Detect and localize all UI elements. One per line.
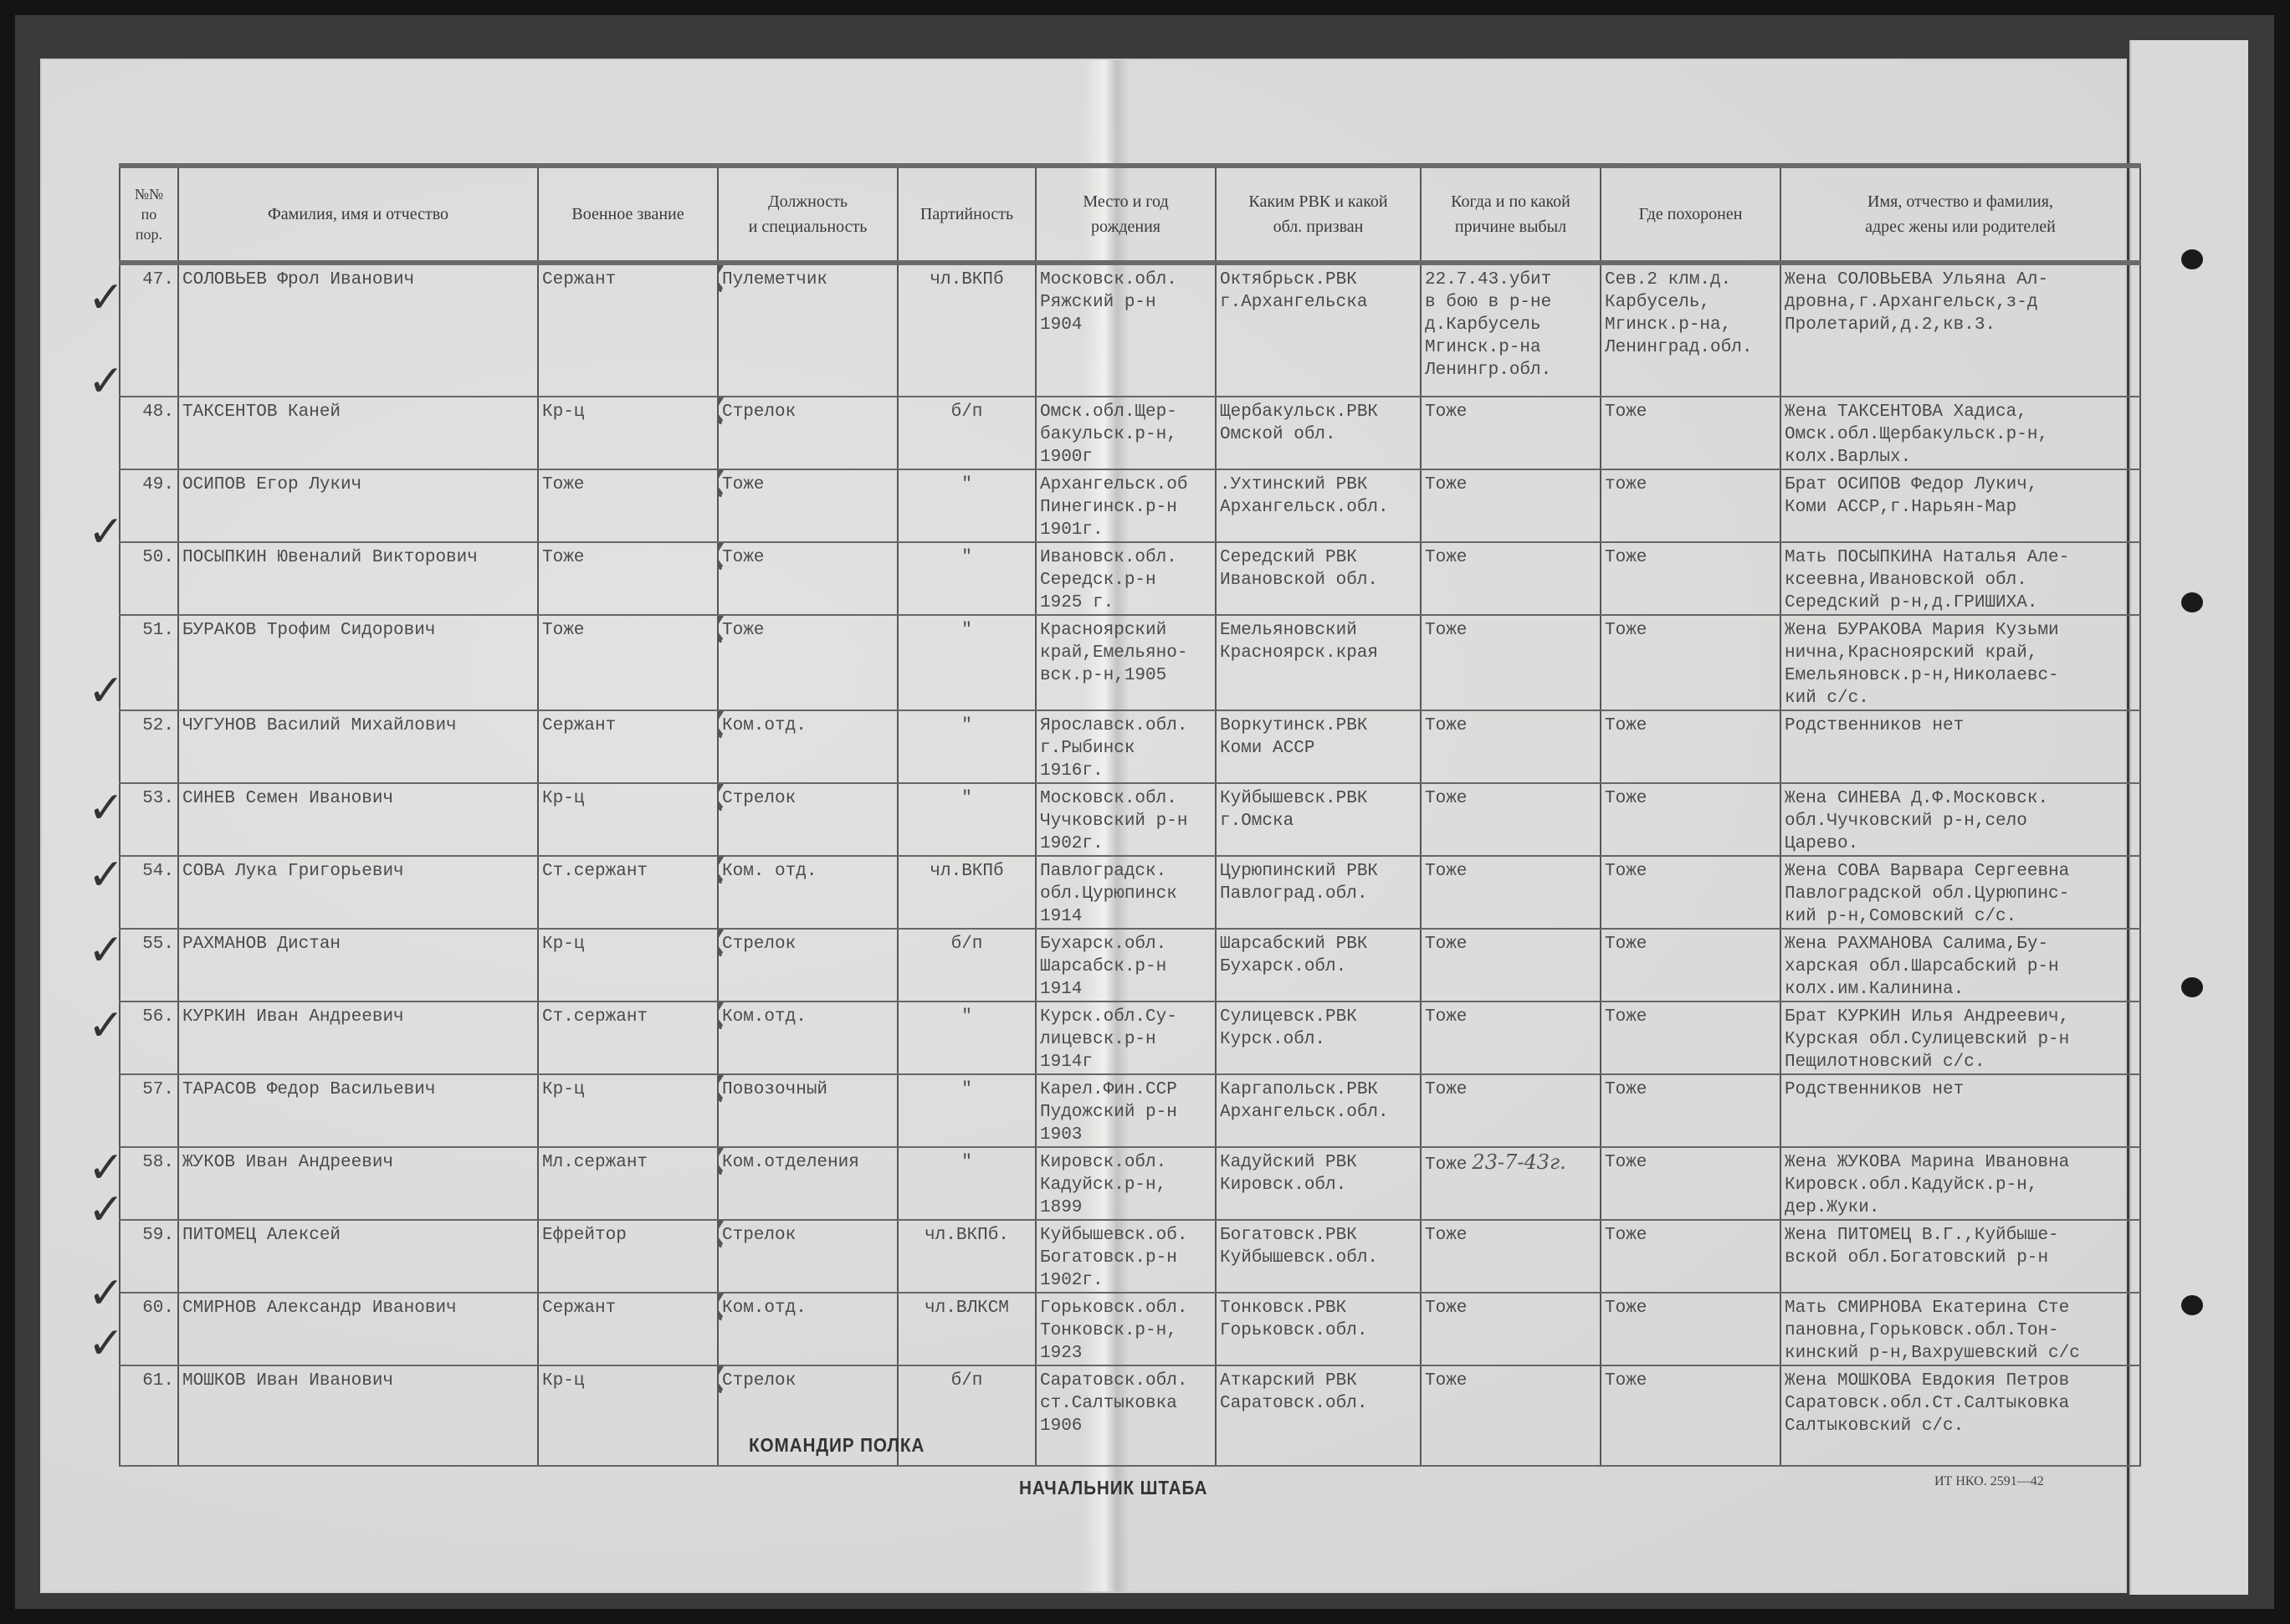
cell-position: Стрелок✗ bbox=[718, 929, 898, 1002]
cell-buried: Тоже bbox=[1601, 856, 1780, 929]
cell-when: Тоже bbox=[1421, 783, 1601, 856]
pencil-check-mark-icon: ✗ bbox=[718, 397, 736, 442]
cell-relatives: Мать ПОСЫПКИНА Наталья Але- ксеевна,Иван… bbox=[1780, 542, 2140, 615]
cell-relatives: Жена ТАКСЕНТОВА Хадиса, Омск.обл.Щербаку… bbox=[1780, 397, 2140, 469]
cell-rvk: Середский РВК Ивановской обл. bbox=[1216, 542, 1421, 615]
pencil-check-mark-icon: ✗ bbox=[718, 615, 736, 660]
table-row: 54.СОВА Лука ГригорьевичСт.сержантКом. о… bbox=[120, 856, 2140, 929]
cell-party: чл.ВЛКСМ bbox=[898, 1293, 1036, 1365]
cell-buried: Тоже bbox=[1601, 929, 1780, 1002]
punch-hole bbox=[2181, 1295, 2203, 1315]
cell-rank: Кр-ц bbox=[538, 397, 718, 469]
table-row: 56.КУРКИН Иван АндреевичСт.сержантКом.от… bbox=[120, 1002, 2140, 1074]
cell-birth: Куйбышевск.об. Богатовск.р-н 1902г. bbox=[1036, 1220, 1216, 1293]
cell-party: " bbox=[898, 1002, 1036, 1074]
cell-birth: Горьковск.обл. Тонковск.р-н, 1923 bbox=[1036, 1293, 1216, 1365]
cell-name: КУРКИН Иван Андреевич bbox=[178, 1002, 538, 1074]
cell-rvk: Богатовск.РВК Куйбышевск.обл. bbox=[1216, 1220, 1421, 1293]
pencil-check-mark-icon: ✗ bbox=[718, 469, 736, 515]
header-relatives: Имя, отчество и фамилия, адрес жены или … bbox=[1780, 166, 2140, 263]
cell-relatives: Жена СИНЕВА Д.Ф.Московск. обл.Чучковский… bbox=[1780, 783, 2140, 856]
cell-rank: Тоже bbox=[538, 615, 718, 710]
pencil-check-mark-icon: ✗ bbox=[718, 710, 736, 756]
cell-birth: Омск.обл.Щер- бакульск.р-н, 1900г bbox=[1036, 397, 1216, 469]
cell-rvk: Тонковск.РВК Горьковск.обл. bbox=[1216, 1293, 1421, 1365]
cell-birth: Московск.обл. Ряжский р-н 1904 bbox=[1036, 263, 1216, 397]
cell-rank: Мл.сержант bbox=[538, 1147, 718, 1220]
chief-of-staff-signature-label: НАЧАЛЬНИК ШТАБА bbox=[1019, 1477, 1207, 1499]
cell-num: 58. bbox=[120, 1147, 178, 1220]
cell-relatives: Родственников нет bbox=[1780, 1074, 2140, 1147]
margin-tick-icon: ✓ bbox=[88, 786, 125, 830]
table-row: 47.СОЛОВЬЕВ Фрол ИвановичСержантПулеметч… bbox=[120, 263, 2140, 397]
margin-tick-icon: ✓ bbox=[88, 360, 125, 403]
cell-rank: Ст.сержант bbox=[538, 1002, 718, 1074]
cell-num: 49. bbox=[120, 469, 178, 542]
cell-position: Ком.отделения✗ bbox=[718, 1147, 898, 1220]
margin-tick-icon: ✓ bbox=[88, 1272, 125, 1315]
cell-when: 22.7.43.убит в бою в р-не д.Карбусель Мг… bbox=[1421, 263, 1601, 397]
cell-position: Пулеметчик✗ bbox=[718, 263, 898, 397]
cell-party: чл.ВКПб bbox=[898, 856, 1036, 929]
margin-tick-icon: ✓ bbox=[88, 1004, 125, 1048]
cell-when: Тоже bbox=[1421, 1074, 1601, 1147]
cell-rank: Кр-ц bbox=[538, 929, 718, 1002]
cell-birth: Ярославск.обл. г.Рыбинск 1916г. bbox=[1036, 710, 1216, 783]
table-row: 57.ТАРАСОВ Федор ВасильевичКр-цПовозочны… bbox=[120, 1074, 2140, 1147]
table-row: 55.РАХМАНОВ ДистанКр-цСтрелок✗б/пБухарск… bbox=[120, 929, 2140, 1002]
cell-buried: Тоже bbox=[1601, 615, 1780, 710]
cell-position: Ком.отд.✗ bbox=[718, 1002, 898, 1074]
cell-relatives: Брат ОСИПОВ Федор Лукич, Коми АССР,г.Нар… bbox=[1780, 469, 2140, 542]
cell-name: ПИТОМЕЦ Алексей bbox=[178, 1220, 538, 1293]
cell-relatives: Жена СОВА Варвара Сергеевна Павлоградско… bbox=[1780, 856, 2140, 929]
cell-when: Тоже bbox=[1421, 1365, 1601, 1466]
cell-rank: Кр-ц bbox=[538, 783, 718, 856]
cell-name: СИНЕВ Семен Иванович bbox=[178, 783, 538, 856]
cell-num: 48. bbox=[120, 397, 178, 469]
cell-relatives: Жена РАХМАНОВА Салима,Бу- харская обл.Ша… bbox=[1780, 929, 2140, 1002]
cell-relatives: Жена ПИТОМЕЦ В.Г.,Куйбыше- вской обл.Бог… bbox=[1780, 1220, 2140, 1293]
cell-rvk: Емельяновский Красноярск.края bbox=[1216, 615, 1421, 710]
cell-birth: Карел.Фин.ССР Пудожский р-н 1903 bbox=[1036, 1074, 1216, 1147]
cell-rank: Сержант bbox=[538, 263, 718, 397]
cell-num: 56. bbox=[120, 1002, 178, 1074]
pencil-check-mark-icon: ✗ bbox=[718, 1293, 736, 1338]
cell-party: " bbox=[898, 615, 1036, 710]
header-party: Партийность bbox=[898, 166, 1036, 263]
cell-when: Тоже bbox=[1421, 397, 1601, 469]
cell-buried: Тоже bbox=[1601, 783, 1780, 856]
cell-party: " bbox=[898, 1147, 1036, 1220]
cell-buried: Тоже bbox=[1601, 1002, 1780, 1074]
cell-rank: Тоже bbox=[538, 469, 718, 542]
cell-rank: Ефрейтор bbox=[538, 1220, 718, 1293]
cell-when: Тоже bbox=[1421, 469, 1601, 542]
cell-name: ОСИПОВ Егор Лукич bbox=[178, 469, 538, 542]
cell-rvk: Щербакульск.РВК Омской обл. bbox=[1216, 397, 1421, 469]
cell-when: Тоже bbox=[1421, 710, 1601, 783]
next-page-edge bbox=[2129, 40, 2248, 1595]
cell-buried: тоже bbox=[1601, 469, 1780, 542]
cell-num: 55. bbox=[120, 929, 178, 1002]
cell-num: 57. bbox=[120, 1074, 178, 1147]
cell-when: Тоже bbox=[1421, 1293, 1601, 1365]
cell-num: 47. bbox=[120, 263, 178, 397]
table-row: 59.ПИТОМЕЦ АлексейЕфрейторСтрелок✗чл.ВКП… bbox=[120, 1220, 2140, 1293]
cell-name: СМИРНОВ Александр Иванович bbox=[178, 1293, 538, 1365]
cell-name: ПОСЫПКИН Ювеналий Викторович bbox=[178, 542, 538, 615]
commander-signature-label: КОМАНДИР ПОЛКА bbox=[749, 1434, 925, 1457]
punch-hole bbox=[2181, 592, 2203, 612]
cell-birth: Ивановск.обл. Середск.р-н 1925 г. bbox=[1036, 542, 1216, 615]
cell-position: Тоже✗ bbox=[718, 542, 898, 615]
cell-position: Повозочный✗ bbox=[718, 1074, 898, 1147]
cell-name: ЖУКОВ Иван Андреевич bbox=[178, 1147, 538, 1220]
cell-rvk: Кадуйский РВК Кировск.обл. bbox=[1216, 1147, 1421, 1220]
cell-party: " bbox=[898, 783, 1036, 856]
cell-buried: Тоже bbox=[1601, 1293, 1780, 1365]
cell-when: Тоже bbox=[1421, 542, 1601, 615]
pencil-check-mark-icon: ✗ bbox=[718, 1220, 736, 1265]
cell-rank: Сержант bbox=[538, 1293, 718, 1365]
cell-name: РАХМАНОВ Дистан bbox=[178, 929, 538, 1002]
cell-rank: Ст.сержант bbox=[538, 856, 718, 929]
cell-rvk: Аткарский РВК Саратовск.обл. bbox=[1216, 1365, 1421, 1466]
cell-party: чл.ВКПб bbox=[898, 263, 1036, 397]
cell-num: 60. bbox=[120, 1293, 178, 1365]
cell-num: 59. bbox=[120, 1220, 178, 1293]
cell-party: " bbox=[898, 469, 1036, 542]
header-number: №№ по пор. bbox=[120, 166, 178, 263]
cell-birth: Бухарск.обл. Шарсабск.р-н 1914 bbox=[1036, 929, 1216, 1002]
pencil-check-mark-icon: ✗ bbox=[718, 856, 736, 901]
margin-tick-icon: ✓ bbox=[88, 669, 125, 713]
cell-rvk: Куйбышевск.РВК г.Омска bbox=[1216, 783, 1421, 856]
cell-rvk: Воркутинск.РВК Коми АССР bbox=[1216, 710, 1421, 783]
cell-party: чл.ВКПб. bbox=[898, 1220, 1036, 1293]
header-rank: Военное звание bbox=[538, 166, 718, 263]
cell-name: ЧУГУНОВ Василий Михайлович bbox=[178, 710, 538, 783]
cell-party: " bbox=[898, 542, 1036, 615]
pencil-check-mark-icon: ✗ bbox=[718, 542, 736, 587]
cell-birth: Павлоградск. обл.Цурюпинск 1914 bbox=[1036, 856, 1216, 929]
cell-birth: Московск.обл. Чучковский р-н 1902г. bbox=[1036, 783, 1216, 856]
cell-relatives: Жена БУРАКОВА Мария Кузьми нична,Красноя… bbox=[1780, 615, 2140, 710]
cell-buried: Тоже bbox=[1601, 1147, 1780, 1220]
cell-name: ТАКСЕНТОВ Каней bbox=[178, 397, 538, 469]
table-row: 58.ЖУКОВ Иван АндреевичМл.сержантКом.отд… bbox=[120, 1147, 2140, 1220]
table-row: 60.СМИРНОВ Александр ИвановичСержантКом.… bbox=[120, 1293, 2140, 1365]
cell-buried: Тоже bbox=[1601, 1365, 1780, 1466]
cell-buried: Тоже bbox=[1601, 542, 1780, 615]
cell-num: 52. bbox=[120, 710, 178, 783]
cell-when: Тоже bbox=[1421, 615, 1601, 710]
cell-when: Тоже bbox=[1421, 1002, 1601, 1074]
cell-rvk: Сулицевск.РВК Курск.обл. bbox=[1216, 1002, 1421, 1074]
cell-position: Стрелок✗ bbox=[718, 397, 898, 469]
cell-birth: Саратовск.обл. ст.Салтыковка 1906 bbox=[1036, 1365, 1216, 1466]
cell-birth: Архангельск.об Пинегинск.р-н 1901г. bbox=[1036, 469, 1216, 542]
table-row: 49.ОСИПОВ Егор ЛукичТожеТоже✗"Архангельс… bbox=[120, 469, 2140, 542]
header-rvk: Каким РВК и какой обл. призван bbox=[1216, 166, 1421, 263]
cell-party: " bbox=[898, 710, 1036, 783]
cell-position: Стрелок✗ bbox=[718, 783, 898, 856]
margin-tick-icon: ✓ bbox=[88, 510, 125, 554]
pencil-check-mark-icon: ✗ bbox=[718, 263, 736, 310]
table-row: 61.МОШКОВ Иван ИвановичКр-цСтрелок✗б/пСа… bbox=[120, 1365, 2140, 1466]
cell-rank: Кр-ц bbox=[538, 1074, 718, 1147]
punch-hole bbox=[2181, 977, 2203, 997]
table-row: 50.ПОСЫПКИН Ювеналий ВикторовичТожеТоже✗… bbox=[120, 542, 2140, 615]
margin-tick-icon: ✓ bbox=[88, 1322, 125, 1365]
table-row: 48.ТАКСЕНТОВ КанейКр-цСтрелок✗б/пОмск.об… bbox=[120, 397, 2140, 469]
cell-num: 53. bbox=[120, 783, 178, 856]
cell-relatives: Жена СОЛОВЬЕВА Ульяна Ал- дровна,г.Архан… bbox=[1780, 263, 2140, 397]
cell-buried: Сев.2 клм.д. Карбусель, Мгинск.р-на, Лен… bbox=[1601, 263, 1780, 397]
margin-tick-icon: ✓ bbox=[88, 853, 125, 897]
cell-name: ТАРАСОВ Федор Васильевич bbox=[178, 1074, 538, 1147]
cell-relatives: Жена МОШКОВА Евдокия Петров Саратовск.об… bbox=[1780, 1365, 2140, 1466]
header-when: Когда и по какой причине выбыл bbox=[1421, 166, 1601, 263]
cell-when: Тоже bbox=[1421, 929, 1601, 1002]
cell-position: Тоже✗ bbox=[718, 469, 898, 542]
cell-name: СОЛОВЬЕВ Фрол Иванович bbox=[178, 263, 538, 397]
cell-party: б/п bbox=[898, 929, 1036, 1002]
cell-relatives: Мать СМИРНОВА Екатерина Сте пановна,Горь… bbox=[1780, 1293, 2140, 1365]
cell-relatives: Брат КУРКИН Илья Андреевич, Курская обл.… bbox=[1780, 1002, 2140, 1074]
margin-tick-icon: ✓ bbox=[88, 1188, 125, 1232]
table-row: 53.СИНЕВ Семен ИвановичКр-цСтрелок✗"Моск… bbox=[120, 783, 2140, 856]
header-name: Фамилия, имя и отчество bbox=[178, 166, 538, 263]
cell-birth: Кировск.обл. Кадуйск.р-н, 1899 bbox=[1036, 1147, 1216, 1220]
form-code: ИТ НКО. 2591—42 bbox=[1934, 1474, 2044, 1489]
pencil-check-mark-icon: ✗ bbox=[718, 783, 736, 828]
cell-buried: Тоже bbox=[1601, 397, 1780, 469]
cell-position: Ком.отд.✗ bbox=[718, 710, 898, 783]
pencil-check-mark-icon: ✗ bbox=[718, 1365, 736, 1411]
cell-name: МОШКОВ Иван Иванович bbox=[178, 1365, 538, 1466]
cell-rank: Кр-ц bbox=[538, 1365, 718, 1466]
pencil-check-mark-icon: ✗ bbox=[718, 929, 736, 974]
cell-name: СОВА Лука Григорьевич bbox=[178, 856, 538, 929]
table-row: 51.БУРАКОВ Трофим СидоровичТожеТоже✗"Кра… bbox=[120, 615, 2140, 710]
cell-party: б/п bbox=[898, 397, 1036, 469]
cell-position: Ком.отд.✗ bbox=[718, 1293, 898, 1365]
handwritten-date: 23-7-43г. bbox=[1472, 1150, 1565, 1174]
punch-hole bbox=[2181, 249, 2203, 269]
cell-when: Тоже23-7-43г. bbox=[1421, 1147, 1601, 1220]
cell-position: Ком. отд.✗ bbox=[718, 856, 898, 929]
cell-birth: Красноярский край,Емельяно- вск.р-н,1905 bbox=[1036, 615, 1216, 710]
header-birth: Место и год рождения bbox=[1036, 166, 1216, 263]
pencil-check-mark-icon: ✗ bbox=[718, 1147, 736, 1192]
cell-num: 51. bbox=[120, 615, 178, 710]
cell-num: 54. bbox=[120, 856, 178, 929]
cell-buried: Тоже bbox=[1601, 1074, 1780, 1147]
cell-rvk: Октябрьск.РВК г.Архангельска bbox=[1216, 263, 1421, 397]
margin-tick-icon: ✓ bbox=[88, 276, 125, 320]
cell-position: Тоже✗ bbox=[718, 615, 898, 710]
cell-rank: Тоже bbox=[538, 542, 718, 615]
margin-tick-icon: ✓ bbox=[88, 1146, 125, 1190]
header-buried: Где похоронен bbox=[1601, 166, 1780, 263]
cell-buried: Тоже bbox=[1601, 710, 1780, 783]
cell-when: Тоже bbox=[1421, 856, 1601, 929]
cell-party: " bbox=[898, 1074, 1036, 1147]
cell-relatives: Родственников нет bbox=[1780, 710, 2140, 783]
cell-when: Тоже bbox=[1421, 1220, 1601, 1293]
casualty-register-table: №№ по пор. Фамилия, имя и отчество Военн… bbox=[119, 163, 2141, 1467]
margin-tick-icon: ✓ bbox=[88, 929, 125, 972]
cell-name: БУРАКОВ Трофим Сидорович bbox=[178, 615, 538, 710]
cell-relatives: Жена ЖУКОВА Марина Ивановна Кировск.обл.… bbox=[1780, 1147, 2140, 1220]
header-position: Должность и специальность bbox=[718, 166, 898, 263]
cell-num: 61. bbox=[120, 1365, 178, 1466]
cell-rvk: Цурюпинский РВК Павлоград.обл. bbox=[1216, 856, 1421, 929]
cell-num: 50. bbox=[120, 542, 178, 615]
cell-rvk: .Ухтинский РВК Архангельск.обл. bbox=[1216, 469, 1421, 542]
cell-rvk: Шарсабский РВК Бухарск.обл. bbox=[1216, 929, 1421, 1002]
cell-buried: Тоже bbox=[1601, 1220, 1780, 1293]
pencil-check-mark-icon: ✗ bbox=[718, 1074, 736, 1119]
cell-position: Стрелок✗ bbox=[718, 1220, 898, 1293]
table-row: 52.ЧУГУНОВ Василий МихайловичСержантКом.… bbox=[120, 710, 2140, 783]
cell-rvk: Каргапольск.РВК Архангельск.обл. bbox=[1216, 1074, 1421, 1147]
cell-birth: Курск.обл.Су- лицевск.р-н 1914г bbox=[1036, 1002, 1216, 1074]
cell-rank: Сержант bbox=[538, 710, 718, 783]
table-header-row: №№ по пор. Фамилия, имя и отчество Военн… bbox=[120, 166, 2140, 263]
pencil-check-mark-icon: ✗ bbox=[718, 1002, 736, 1047]
